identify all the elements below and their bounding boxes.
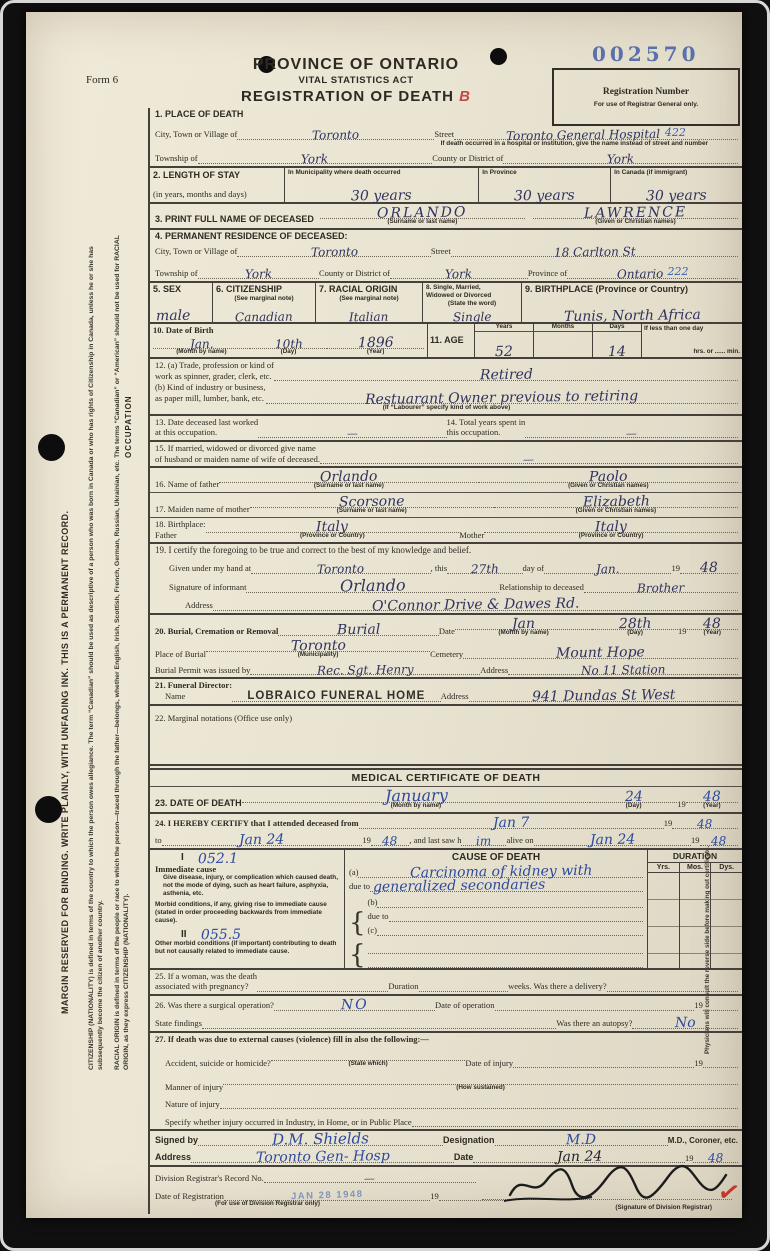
value-total-years: —	[626, 428, 637, 439]
s24-mid-label: , and last saw h	[409, 835, 461, 846]
duration-header: DURATION	[648, 850, 742, 863]
act-title: VITAL STATISTICS ACT	[176, 75, 536, 86]
blue-annotation-222: 222	[668, 265, 689, 278]
value-burial-day: 28th	[619, 616, 652, 630]
bottom-record-label: Division Registrar's Record No.	[155, 1173, 264, 1184]
value-father-surname: Orlando	[320, 470, 378, 485]
value-trade: Retired	[479, 368, 532, 383]
value-age-years: 52	[495, 345, 513, 359]
s21-label: 21. Funeral Director:	[155, 680, 232, 691]
s20-date-label: Date	[439, 626, 455, 637]
s19-addr-label: Address	[185, 600, 213, 611]
s17-label: 17. Maiden name of mother	[155, 504, 250, 515]
value-permit-issuer: Rec. Sgt. Henry	[317, 664, 414, 677]
value-place-county: York	[607, 152, 634, 164]
value-spouse: —	[523, 454, 534, 465]
duration-table: DURATION Yrs. Mos. Dys.	[647, 850, 742, 968]
registration-title: REGISTRATION OF DEATH B	[176, 88, 536, 105]
value-stay-municipality: 30 years	[351, 189, 412, 204]
cause-dueto2-label: due to	[368, 911, 389, 922]
cause-entries-column: CAUSE OF DEATH (a) Carcinoma of kidney w…	[344, 850, 647, 968]
section-informant-certification: 19. I certify the foregoing to be true a…	[150, 544, 742, 614]
s12-a-label: 12. (a) Trade, profession or kind of	[155, 360, 274, 371]
s4-province-label: Province of	[528, 268, 567, 279]
s25-dur-label: Duration	[388, 981, 418, 992]
s1-city-label: City, Town or Village of	[155, 129, 237, 140]
red-ink-mark: B	[459, 88, 471, 105]
province-title: PROVINCE OF ONTARIO	[176, 56, 536, 74]
s27-nature-label: Nature of injury	[165, 1099, 220, 1110]
s18-label: 18. Birthplace:	[155, 519, 206, 530]
cause-immediate-label: Immediate cause	[155, 864, 341, 875]
s9-title: 9. BIRTHPLACE (Province or Country)	[525, 284, 739, 296]
value-burial-month: Jan	[512, 616, 535, 630]
s1-title: 1. PLACE OF DEATH	[155, 109, 738, 121]
value-residence-street: 18 Carlton St	[553, 245, 635, 258]
s27-manner-label: Manner of injury	[165, 1082, 223, 1093]
s22-label: 22. Marginal notations (Office use only)	[155, 713, 292, 723]
value-funeral-address: 941 Dundas St West	[531, 688, 675, 704]
margin-racial-origin-note: RACIAL ORIGIN is defined in terms of the…	[114, 232, 132, 1070]
duration-yrs: Yrs.	[648, 863, 679, 872]
s11-days-header: Days	[593, 324, 641, 332]
value-him: im	[476, 834, 491, 846]
value-cause-code-1: 052.1	[198, 851, 238, 866]
cause-c-label: (c)	[368, 925, 377, 936]
s6-sub: (See marginal note)	[216, 295, 312, 303]
value-signed-at: Toronto	[317, 562, 364, 575]
cause-left-column: I 052.1 Immediate cause Give disease, in…	[150, 850, 344, 968]
value-stay-canada: 30 years	[646, 189, 707, 204]
value-attended-to-year: 48	[382, 834, 397, 846]
s4-county-label: County or District of	[319, 268, 390, 279]
s4-title: 4. PERMANENT RESIDENCE OF DECEASED:	[155, 231, 738, 243]
brace-glyph-2: {	[349, 944, 366, 967]
section-permanent-residence: 4. PERMANENT RESIDENCE OF DECEASED: City…	[150, 230, 742, 283]
margin-citizenship-note: CITIZENSHIP (NATIONALITY) is defined in …	[88, 232, 106, 1070]
section-occupation: 12. (a) Trade, profession or kind of wor…	[150, 359, 742, 416]
s3-title: 3. PRINT FULL NAME OF DECEASED	[155, 214, 314, 226]
death-registration-document: MARGIN RESERVED FOR BINDING. WRITE PLAIN…	[26, 12, 742, 1218]
s7-sub: (See marginal note)	[319, 295, 419, 303]
s4-city-label: City, Town or Village of	[155, 246, 237, 257]
section-pregnancy: 25. If a woman, was the deathassociated …	[150, 970, 742, 996]
form-number: Form 6	[86, 74, 118, 86]
s19-given-label: Given under my hand at	[169, 563, 251, 574]
red-checkmark: ✓	[715, 1175, 743, 1210]
value-attended-from: Jan 7	[493, 815, 530, 830]
section-registrar: Division Registrar's Record No. — Date o…	[150, 1167, 742, 1214]
value-given-names: LAWRENCE	[584, 205, 687, 220]
doctor-signature: D.M. Shields	[272, 1132, 369, 1148]
value-death-day: 24	[625, 789, 643, 803]
s2-title: 2. LENGTH OF STAY	[153, 170, 281, 182]
s26-label: 26. Was there a surgical operation?	[155, 1000, 274, 1011]
document-titles: PROVINCE OF ONTARIO VITAL STATISTICS ACT…	[176, 56, 536, 105]
cause-morbid-label: Morbid conditions, if any, giving rise t…	[155, 901, 341, 925]
value-designation: M.D	[566, 1133, 596, 1147]
value-mother-given: Elizabeth	[582, 495, 649, 510]
s25-weeks-label: weeks. Was there a delivery?	[508, 981, 607, 992]
s21-addr-label: Address	[441, 691, 469, 702]
section-sex-citizenship-origin: 5. SEX male 6. CITIZENSHIP (See marginal…	[150, 283, 742, 324]
s26-y19: 19	[694, 1000, 703, 1011]
value-place-city: Toronto	[312, 128, 359, 141]
section-marginal-notations: 22. Marginal notations (Office use only)	[150, 706, 742, 764]
blue-annotation-422: 422	[665, 126, 686, 139]
cause-a-label: (a)	[349, 867, 358, 878]
value-permit-address: No 11 Station	[581, 664, 666, 677]
s26-autopsy-label: Was there an autopsy?	[556, 1018, 632, 1029]
value-residence-county: York	[445, 267, 472, 279]
s20-cem-label: Cemetery	[430, 649, 463, 660]
value-industry: Restuarant Owner previous to retiring	[365, 389, 638, 407]
cause-b-label: (b)	[368, 897, 378, 908]
s8-title2: Widowed or Divorced	[426, 292, 518, 300]
s1-township-label: Township of	[155, 153, 198, 164]
s19-certify: 19. I certify the foregoing to be true a…	[155, 545, 738, 556]
duration-mos: Mos.	[679, 863, 711, 872]
value-place-street: Toronto General Hospital	[506, 128, 660, 142]
value-informant-address: O'Connor Drive & Dawes Rd.	[372, 596, 580, 613]
cause-dueto1-label: due to	[349, 881, 370, 892]
s24-alive-label: alive on	[506, 835, 533, 846]
value-death-year: 48	[703, 789, 721, 803]
value-birth-day: 10th	[274, 338, 302, 350]
value-cause-code-2: 055.5	[200, 928, 240, 943]
section-father-name: 16. Name of father Orlando(Surname or la…	[150, 468, 742, 493]
s20-permit-addr-label: Address	[480, 665, 508, 676]
s13-label: 13. Date deceased last worked	[155, 417, 258, 428]
value-residence-township: York	[245, 267, 272, 279]
value-birthplace: Tunis, North Africa	[564, 308, 701, 324]
s18-father-label: Father	[155, 530, 206, 541]
registration-number-box-sub: For use of Registrar General only.	[594, 101, 698, 108]
s12-a-label2: work as spinner, grader, clerk, etc.	[155, 371, 274, 382]
value-last-seen: Jan 24	[590, 832, 635, 847]
value-record-no: —	[364, 1173, 375, 1184]
registration-title-text: REGISTRATION OF DEATH	[241, 88, 454, 105]
s27-acc-label: Accident, suicide or homicide?	[165, 1058, 271, 1069]
value-attended-to: Jan 24	[239, 832, 284, 847]
s27-acc-caption: (State which)	[271, 1061, 466, 1068]
s20-permit-label: Burial Permit was issued by	[155, 665, 250, 676]
form-body: 1. PLACE OF DEATH City, Town or Village …	[148, 108, 742, 1214]
value-sign-day: 27th	[471, 562, 499, 574]
value-operation: NO	[340, 998, 368, 1012]
duration-dys: Dys.	[710, 863, 742, 872]
s24-y19a: 19	[664, 818, 673, 829]
section-date-of-death: 23. DATE OF DEATH January(Month by name)…	[150, 787, 742, 814]
section-operation: 26. Was there a surgical operation? NO D…	[150, 996, 742, 1033]
s19-this-label: , this	[431, 563, 448, 574]
section-mother-name: 17. Maiden name of mother Scorsone(Surna…	[150, 493, 742, 518]
s15-label2: of husband or maiden name of wife of dec…	[155, 454, 320, 465]
punch-hole-left-upper	[38, 434, 65, 461]
section-funeral-director: 21. Funeral Director:Name LOBRAICO FUNER…	[150, 679, 742, 705]
margin-binding-note: MARGIN RESERVED FOR BINDING. WRITE PLAIN…	[60, 511, 70, 1014]
s27-label: 27. If death was due to external causes …	[155, 1034, 738, 1045]
value-attended-from-year: 48	[697, 817, 712, 829]
value-burial-type: Burial	[337, 623, 381, 638]
value-sex: male	[156, 308, 191, 322]
s27-injdate-label: Date of injury	[465, 1058, 513, 1069]
sig-signed-label: Signed by	[155, 1135, 198, 1147]
cause-other-label: Other morbid conditions (if important) c…	[155, 940, 341, 956]
value-birth-year: 1896	[358, 336, 394, 350]
value-burial-year: 48	[703, 616, 721, 630]
value-doctor-address: Toronto Gen- Hosp	[255, 1149, 389, 1165]
s19-dayof-label: day of	[523, 563, 544, 574]
s19-y19: 19	[671, 563, 680, 574]
s23-label: 23. DATE OF DEATH	[155, 798, 242, 810]
section-burial: 20. Burial, Cremation or Removal Burial …	[150, 615, 742, 680]
s11-years-header: Years	[475, 324, 533, 332]
value-sign-year: 48	[700, 560, 718, 574]
sig-desig-label: Designation	[443, 1135, 495, 1147]
s8-sub: (State the word)	[426, 300, 518, 308]
s23-y19: 19	[677, 799, 686, 810]
s20-y19: 19	[678, 626, 687, 637]
value-sign-month: Jan.	[596, 562, 620, 574]
s2-col3-header: In Canada (if immigrant)	[614, 169, 739, 177]
registration-date-stamp: JAN 28 1948	[291, 1189, 364, 1203]
s14-label: 14. Total years spent in	[447, 417, 526, 428]
section-cause-of-death: I 052.1 Immediate cause Give disease, in…	[150, 850, 742, 970]
s11-title: 11. AGE	[430, 335, 464, 347]
registration-number-box-title: Registration Number	[603, 87, 689, 97]
s24-to-label: to	[155, 835, 162, 846]
registration-number-stamp: 002570	[592, 42, 700, 66]
brace-glyph: {	[349, 912, 366, 935]
s25-label2: associated with pregnancy?	[155, 981, 257, 992]
s11-less-caption: hrs. or ...... min.	[644, 349, 740, 356]
s12-b-label: (b) Kind of industry or business,	[155, 382, 266, 393]
s18-mother-label: Mother	[459, 530, 484, 541]
value-residence-city: Toronto	[310, 245, 357, 258]
section-place-of-death: 1. PLACE OF DEATH City, Town or Village …	[150, 108, 742, 168]
s24-label: 24. I HEREBY CERTIFY that I attended dec…	[155, 818, 359, 829]
s1-county-label: County or District of	[432, 153, 503, 164]
s11-months-header: Months	[534, 324, 592, 332]
s5-title: 5. SEX	[153, 284, 209, 296]
value-stay-province: 30 years	[514, 189, 575, 204]
s2-col1-header: In Municipality where death occurred	[288, 169, 475, 177]
value-cemetery: Mount Hope	[556, 646, 645, 661]
value-citizenship: Canadian	[235, 310, 293, 323]
section-full-name: 3. PRINT FULL NAME OF DECEASED ORLANDO (…	[150, 204, 742, 230]
s20-label: 20. Burial, Cremation or Removal	[155, 626, 278, 637]
value-relationship: Brother	[637, 581, 684, 594]
value-residence-province: Ontario	[617, 267, 664, 280]
s26-findings-label: State findings	[155, 1018, 202, 1029]
s10-title: 10. Date of Birth	[153, 325, 424, 336]
value-last-worked: —	[347, 428, 358, 439]
informant-signature: Orlando	[340, 577, 406, 594]
s1-street-label: Street	[434, 129, 454, 140]
s27-manner-caption: (How sustained)	[223, 1085, 738, 1092]
value-father-given: Paolo	[589, 470, 628, 485]
s25-label: 25. If a woman, was the death	[155, 971, 257, 982]
bottom-y19: 19	[430, 1191, 439, 1202]
section-parents-birthplace: 18. Birthplace:Father Italy(Province or …	[150, 518, 742, 544]
s19-sig-label: Signature of informant	[169, 582, 246, 593]
s7-title: 7. RACIAL ORIGIN	[319, 284, 419, 296]
s13-label2: at this occupation.	[155, 427, 258, 438]
s12-b-label2: as paper mill, lumber, bank, etc.	[155, 393, 266, 404]
value-burial-place: Toronto	[290, 639, 345, 654]
value-death-month: January	[384, 787, 447, 804]
value-mother-birthplace: Italy	[595, 520, 627, 534]
value-mother-surname: Scorsone	[339, 495, 405, 510]
punch-hole-left-lower	[35, 796, 62, 823]
medical-certificate-header: MEDICAL CERTIFICATE OF DEATH	[150, 770, 742, 787]
cause-roman-one: I	[181, 852, 184, 863]
s15-label: 15. If married, widowed or divorced give…	[155, 443, 320, 454]
value-surname: ORLANDO	[377, 205, 468, 220]
value-birth-month: Jan.	[190, 338, 214, 350]
section-last-worked: 13. Date deceased last workedat this occ…	[150, 416, 742, 442]
s6-title: 6. CITIZENSHIP	[216, 284, 312, 296]
section-birth-and-age: 10. Date of Birth Jan.(Month by name) 10…	[150, 324, 742, 360]
section-attendance: 24. I HEREBY CERTIFY that I attended dec…	[150, 814, 742, 850]
s16-label: 16. Name of father	[155, 479, 219, 490]
section-external-causes: 27. If death was due to external causes …	[150, 1033, 742, 1131]
s4-street-label: Street	[431, 246, 451, 257]
sig-desig-right: M.D., Coroner, etc.	[668, 1136, 738, 1146]
value-last-seen-year: 48	[711, 834, 726, 846]
s26-date-label: Date of operation	[435, 1000, 494, 1011]
value-due-to: generalized secondaries	[373, 877, 546, 893]
division-registrar-signature	[502, 1161, 732, 1203]
s24-y19b: 19	[362, 835, 371, 846]
section-spouse-name: 15. If married, widowed or divorced give…	[150, 442, 742, 468]
s8-title: 8. Single, Married,	[426, 284, 518, 292]
s24-y19c: 19	[691, 835, 700, 846]
sig-date-label: Date	[454, 1152, 474, 1164]
duration-grid	[648, 873, 742, 968]
bottom-sig-caption: (Signature of Division Registrar)	[615, 1205, 712, 1212]
s2-col2-header: In Province	[482, 169, 607, 177]
s11-less-header: If less than one day	[644, 325, 740, 333]
value-marital-status: Single	[453, 310, 492, 323]
value-father-birthplace: Italy	[316, 520, 348, 534]
s20-place-label: Place of Burial	[155, 649, 206, 660]
value-place-township: York	[301, 152, 328, 164]
value-autopsy: No	[675, 1016, 696, 1030]
bottom-reg-label: Date of Registration	[155, 1191, 224, 1202]
cause-immediate-note: Give disease, injury, or complication wh…	[155, 874, 341, 898]
cause-roman-two: II	[181, 929, 187, 940]
s27-y19: 19	[694, 1058, 703, 1069]
s14-label2: this occupation.	[447, 427, 526, 438]
s2-sub: (in years, months and days)	[153, 189, 281, 200]
value-age-days: 14	[608, 345, 626, 359]
s21-name-label: Name	[155, 691, 232, 702]
s19-rel-label: Relationship to deceased	[499, 582, 584, 593]
cause-header: CAUSE OF DEATH	[349, 850, 643, 864]
occupation-side-label: OCCUPATION	[124, 395, 133, 458]
s4-township-label: Township of	[155, 268, 198, 279]
funeral-home-stamp: LOBRAICO FUNERAL HOME	[247, 690, 425, 702]
sig-addr-label: Address	[155, 1152, 191, 1164]
section-length-of-stay: 2. LENGTH OF STAY (in years, months and …	[150, 168, 742, 204]
value-racial-origin: Italian	[349, 310, 388, 323]
s27-specify-label: Specify whether injury occurred in Indus…	[165, 1117, 412, 1128]
registrar-signature-line	[482, 1199, 732, 1200]
